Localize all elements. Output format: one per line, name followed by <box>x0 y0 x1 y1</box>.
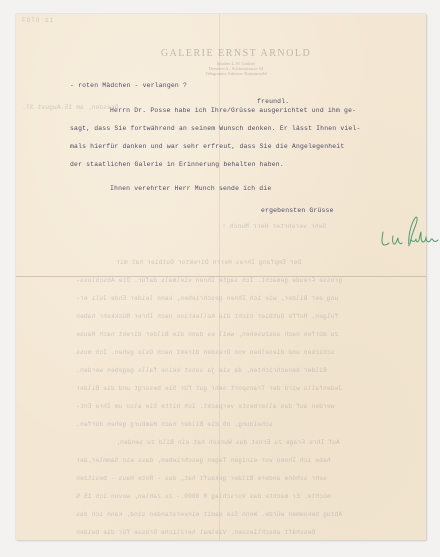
signature <box>379 214 439 254</box>
paragraph-2: Ihnen verehrter Herr Munch sende ich die <box>110 185 271 192</box>
bleed-through-line: schicken und dieselben von Dresden direk… <box>76 349 334 356</box>
archive-mark: FOTO 11 <box>22 17 54 24</box>
letterhead-title: GALERIE ERNST ARNOLD <box>136 48 336 59</box>
paragraph-1-line-3: mals hierfür danken und war sehr erfreut… <box>70 143 344 150</box>
paragraph-1-line-1: Herrn Dr. Posse habe ich Ihre/Grüsse aus… <box>110 107 356 114</box>
bleed-through-line: folgen. Hoffe Gutbier nicht die Kollekti… <box>76 313 338 320</box>
bleed-through-line: möchte. Er machte das Vorschlag M 8000.-… <box>76 493 331 500</box>
bleed-through-line: werden auf das allerbeste verpackt. Ich … <box>76 403 334 410</box>
opening-line: - roten Mädchen - verlangen ? <box>70 82 187 89</box>
bleed-through-line: Bilder benachrichten, da sie ja sonst ke… <box>76 367 327 374</box>
closing: ergebensten Grüsse <box>261 207 334 214</box>
letter-paper: FOTO 11 GALERIE ERNST ARNOLD Inhaber L.W… <box>16 14 426 540</box>
bleed-through-line: Geschäft abschliessen. Vielmal herzliche… <box>76 529 315 536</box>
bleed-through-line: sehr schöne andere Bilder gekauft hat, d… <box>76 475 327 482</box>
bleed-through-salutation: Sehr verehrter Herr Munch ! <box>222 223 326 230</box>
bleed-through-date: Dresden, am 15.August 37. <box>22 104 118 111</box>
bleed-through-line: Jedenfalls wird der Transport sehr gut f… <box>76 385 342 392</box>
bleed-through-line: grosse Freude gemacht. Ich sagte Ihnen v… <box>76 277 342 284</box>
inserted-word: freundl. <box>257 98 289 105</box>
bleed-through-line: Der Empfang Ihres Herrn Direktor Gutbier… <box>116 259 301 266</box>
bleed-through-line: zu dürfen nach auszusehen, weil es dann … <box>76 331 338 338</box>
bleed-through-line: Abzug bekommen würde. Wenn Sie damit ein… <box>76 511 342 518</box>
bleed-through-line: ung der Bilder, wie ich Ihnen geschriebe… <box>76 295 338 302</box>
paragraph-1-line-4: der staatlichen Galerie in Erinnerung be… <box>70 161 284 168</box>
bleed-through-line: habe ich Ihnen vor einigen Tagen geschri… <box>76 457 331 464</box>
bleed-through-line: Auf Ihre Frage zu Ernst das Wunsch hat e… <box>116 439 340 446</box>
letterhead: GALERIE ERNST ARNOLD Inhaber L.W. Gutbie… <box>136 48 336 76</box>
letterhead-address-2: Telegramm-Adresse: Kunstarnold <box>136 71 336 76</box>
paragraph-1-line-2: sagt, dass Sie fortwährend an seinem Wun… <box>70 125 361 132</box>
bleed-through-line: scheidung, ob die Bilder nach Hamburg ge… <box>76 421 273 428</box>
